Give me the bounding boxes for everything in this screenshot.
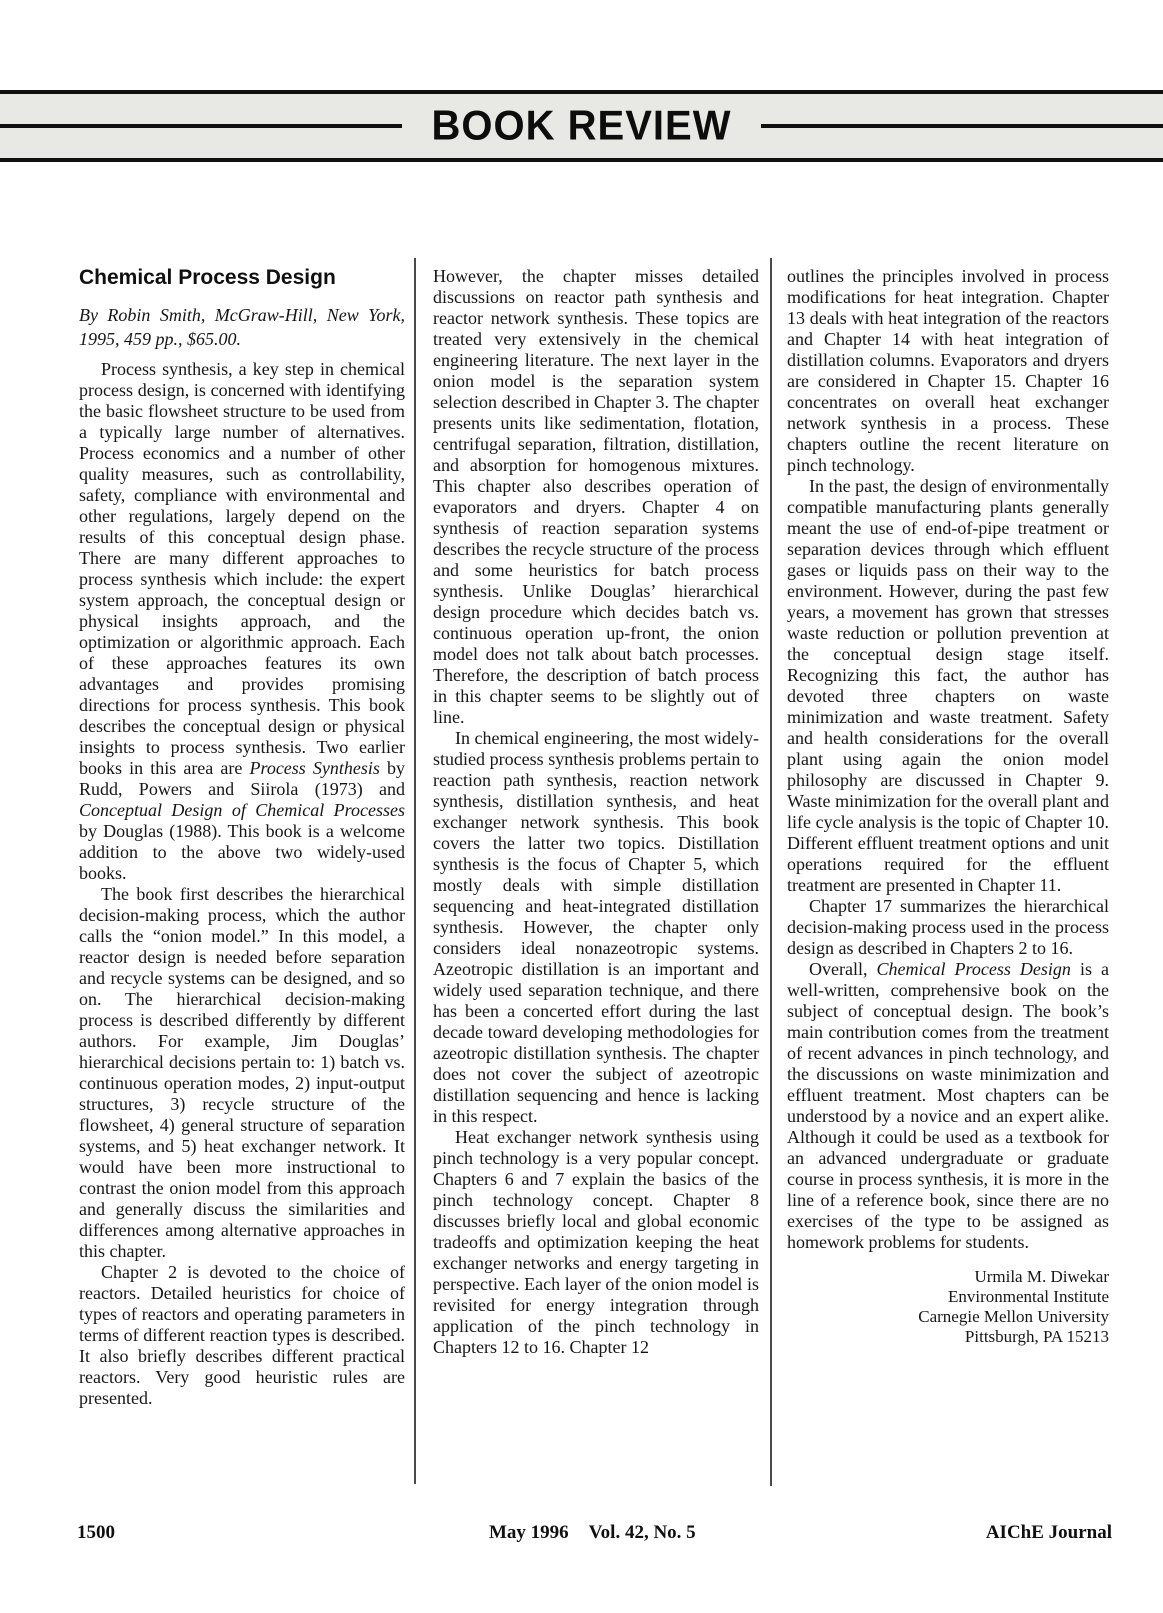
paragraph: In the past, the design of environmental… (787, 476, 1109, 896)
book-title: Chemical Process Design (79, 266, 405, 290)
review-column-3: outlines the principles involved in proc… (787, 266, 1109, 1347)
paragraph: Overall, Chemical Process Design is a we… (787, 959, 1109, 1253)
review-column-2: However, the chapter misses detailed dis… (433, 266, 759, 1358)
page-number: 1500 (77, 1522, 115, 1544)
paragraph: Chapter 2 is devoted to the choice of re… (79, 1262, 405, 1409)
column-3-text: outlines the principles involved in proc… (787, 266, 1109, 1253)
banner-rule-right (761, 124, 1163, 128)
paragraph: However, the chapter misses detailed dis… (433, 266, 759, 728)
book-review-banner: BOOK REVIEW (0, 90, 1163, 162)
review-column-1: Chemical Process Design By Robin Smith, … (79, 266, 405, 1409)
journal-name: AIChE Journal (986, 1522, 1112, 1544)
signature-line: Pittsburgh, PA 15213 (787, 1327, 1109, 1347)
banner-rule-left (0, 124, 402, 128)
column-1-text: Process synthesis, a key step in chemica… (79, 359, 405, 1409)
paragraph: Chapter 17 summarizes the hierarchical d… (787, 896, 1109, 959)
signature-block: Urmila M. DiwekarEnvironmental Institute… (787, 1267, 1109, 1347)
footer-issue: May 1996Vol. 42, No. 5 (489, 1522, 696, 1544)
page-footer: 1500 May 1996Vol. 42, No. 5 AIChE Journa… (0, 1522, 1163, 1548)
column-divider-1 (414, 258, 416, 1484)
paragraph: The book first describes the hierarchica… (79, 884, 405, 1262)
paragraph: In chemical engineering, the most widely… (433, 728, 759, 1127)
footer-volume: Vol. 42, No. 5 (589, 1522, 696, 1543)
column-2-text: However, the chapter misses detailed dis… (433, 266, 759, 1358)
column-divider-2 (770, 258, 772, 1486)
paragraph: Heat exchanger network synthesis using p… (433, 1127, 759, 1358)
byline: By Robin Smith, McGraw-Hill, New York, 1… (79, 303, 405, 351)
paragraph: outlines the principles involved in proc… (787, 266, 1109, 476)
signature-line: Environmental Institute (787, 1287, 1109, 1307)
signature-line: Urmila M. Diwekar (787, 1267, 1109, 1287)
banner-title: BOOK REVIEW (432, 102, 732, 149)
signature-line: Carnegie Mellon University (787, 1307, 1109, 1327)
paragraph: Process synthesis, a key step in chemica… (79, 359, 405, 884)
footer-date: May 1996 (489, 1522, 569, 1543)
journal-page: BOOK REVIEW Chemical Process Design By R… (0, 0, 1163, 1613)
